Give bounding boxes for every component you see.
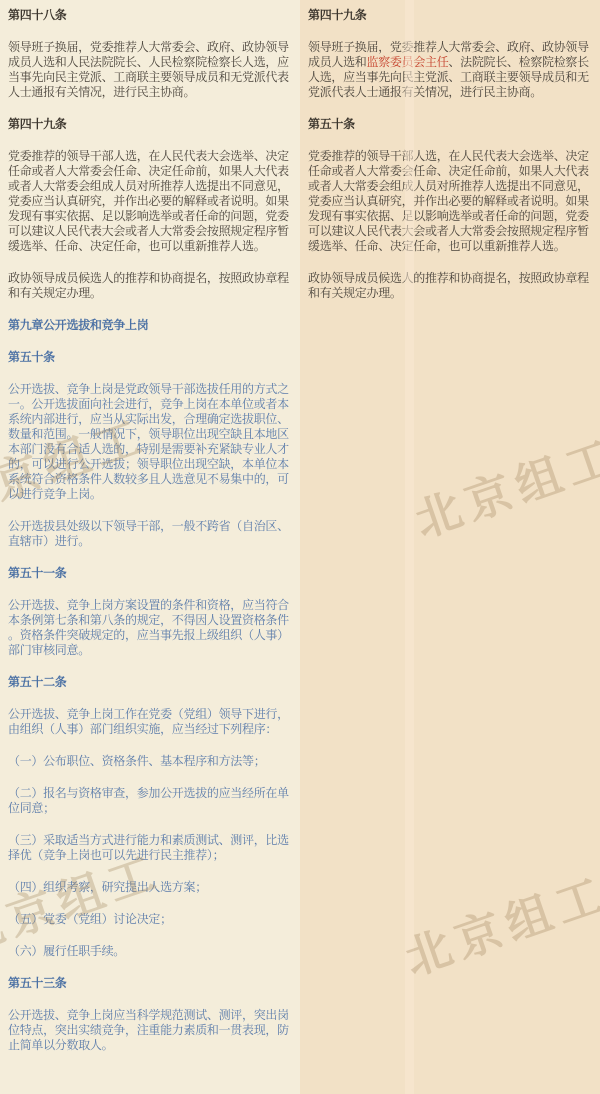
article-paragraph: 公开选拔、竞争上岗工作在党委（党组）领导下进行，由组织（人事）部门组织实施，应当… bbox=[8, 707, 292, 737]
article-heading: 第四十九条 bbox=[8, 117, 292, 132]
text-segment: 党委推荐的领导干部人选，在人民代表大会选举、决定任命或者人大常委会任命、决定任命… bbox=[8, 149, 289, 253]
article-paragraph: （四）组织考察，研究提出人选方案； bbox=[8, 880, 292, 895]
article-heading: 第五十三条 bbox=[8, 976, 292, 991]
text-segment: 第五十一条 bbox=[8, 566, 67, 580]
text-segment: 第五十条 bbox=[308, 117, 355, 131]
article-heading: 第四十九条 bbox=[308, 8, 592, 23]
text-segment: 第四十八条 bbox=[8, 8, 67, 22]
text-segment: 公开选拔、竞争上岗方案设置的条件和资格，应当符合本条例第七条和第八条的规定，不得… bbox=[8, 598, 289, 657]
text-segment: 第四十九条 bbox=[308, 8, 367, 22]
text-segment: 政协领导成员候选人的推荐和协商提名，按照政协章程和有关规定办理。 bbox=[8, 271, 289, 300]
text-segment: 领导班子换届，党委推荐人大常委会、政府、政协领导成员人选和人民法院院长、人民检察… bbox=[8, 40, 289, 99]
article-paragraph: 领导班子换届，党委推荐人大常委会、政府、政协领导成员人选和人民法院院长、人民检察… bbox=[8, 40, 292, 100]
text-segment: （六）履行任职手续。 bbox=[8, 944, 125, 958]
text-segment: （一）公布职位、资格条件、基本程序和方法等； bbox=[8, 754, 265, 768]
article-heading: 第五十二条 bbox=[8, 675, 292, 690]
article-paragraph: 政协领导成员候选人的推荐和协商提名，按照政协章程和有关规定办理。 bbox=[308, 271, 592, 301]
text-segment: 公开选拔、竞争上岗应当科学规范测试、测评，突出岗位特点，突出实绩竞争，注重能力素… bbox=[8, 1008, 289, 1052]
article-heading: 第九章公开选拔和竞争上岗 bbox=[8, 318, 292, 333]
article-paragraph: （五）党委（党组）讨论决定； bbox=[8, 912, 292, 927]
text-segment: （三）采取适当方式进行能力和素质测试、测评，比选择优（竞争上岗也可以先进行民主推… bbox=[8, 833, 289, 862]
article-paragraph: 领导班子换届，党委推荐人大常委会、政府、政协领导成员人选和监察委员会主任、法院院… bbox=[308, 40, 592, 100]
text-segment: （五）党委（党组）讨论决定； bbox=[8, 912, 172, 926]
left-column: 第四十八条领导班子换届，党委推荐人大常委会、政府、政协领导成员人选和人民法院院长… bbox=[0, 0, 300, 1094]
article-paragraph: 公开选拔、竞争上岗是党政领导干部选拔任用的方式之一。公开选拔面向社会进行，竞争上… bbox=[8, 382, 292, 502]
article-paragraph: （一）公布职位、资格条件、基本程序和方法等； bbox=[8, 754, 292, 769]
article-paragraph: 党委推荐的领导干部人选，在人民代表大会选举、决定任命或者人大常委会任命、决定任命… bbox=[308, 149, 592, 254]
text-segment: 公开选拔、竞争上岗是党政领导干部选拔任用的方式之一。公开选拔面向社会进行，竞争上… bbox=[8, 382, 289, 501]
text-segment: 公开选拔县处级以下领导干部，一般不跨省（自治区、直辖市）进行。 bbox=[8, 519, 289, 548]
article-paragraph: 党委推荐的领导干部人选，在人民代表大会选举、决定任命或者人大常委会任命、决定任命… bbox=[8, 149, 292, 254]
text-segment: 公开选拔、竞争上岗工作在党委（党组）领导下进行，由组织（人事）部门组织实施，应当… bbox=[8, 707, 289, 736]
article-paragraph: （六）履行任职手续。 bbox=[8, 944, 292, 959]
text-segment: （二）报名与资格审查，参加公开选拔的应当经所在单位同意； bbox=[8, 786, 289, 815]
text-segment: 第五十三条 bbox=[8, 976, 67, 990]
article-heading: 第四十八条 bbox=[8, 8, 292, 23]
article-paragraph: 公开选拔、竞争上岗方案设置的条件和资格，应当符合本条例第七条和第八条的规定，不得… bbox=[8, 598, 292, 658]
right-column: 第四十九条领导班子换届，党委推荐人大常委会、政府、政协领导成员人选和监察委员会主… bbox=[300, 0, 600, 1094]
article-paragraph: 公开选拔县处级以下领导干部，一般不跨省（自治区、直辖市）进行。 bbox=[8, 519, 292, 549]
article-paragraph: 政协领导成员候选人的推荐和协商提名，按照政协章程和有关规定办理。 bbox=[8, 271, 292, 301]
article-paragraph: 公开选拔、竞争上岗应当科学规范测试、测评，突出岗位特点，突出实绩竞争，注重能力素… bbox=[8, 1008, 292, 1053]
text-segment: 第五十二条 bbox=[8, 675, 67, 689]
text-segment: 第九章公开选拔和竞争上岗 bbox=[8, 318, 148, 332]
text-segment: 党委推荐的领导干部人选，在人民代表大会选举、决定任命或者人大常委会任命、决定任命… bbox=[308, 149, 589, 253]
text-segment: 第五十条 bbox=[8, 350, 55, 364]
article-heading: 第五十条 bbox=[308, 117, 592, 132]
text-segment: 第四十九条 bbox=[8, 117, 67, 131]
text-segment: 政协领导成员候选人的推荐和协商提名，按照政协章程和有关规定办理。 bbox=[308, 271, 589, 300]
text-segment: （四）组织考察，研究提出人选方案； bbox=[8, 880, 207, 894]
document-compare-page: 第四十八条领导班子换届，党委推荐人大常委会、政府、政协领导成员人选和人民法院院长… bbox=[0, 0, 600, 1094]
article-paragraph: （三）采取适当方式进行能力和素质测试、测评，比选择优（竞争上岗也可以先进行民主推… bbox=[8, 833, 292, 863]
article-heading: 第五十一条 bbox=[8, 566, 292, 581]
article-paragraph: （二）报名与资格审查，参加公开选拔的应当经所在单位同意； bbox=[8, 786, 292, 816]
revision-highlight-text: 监察委员会主任 bbox=[367, 55, 449, 69]
article-heading: 第五十条 bbox=[8, 350, 292, 365]
